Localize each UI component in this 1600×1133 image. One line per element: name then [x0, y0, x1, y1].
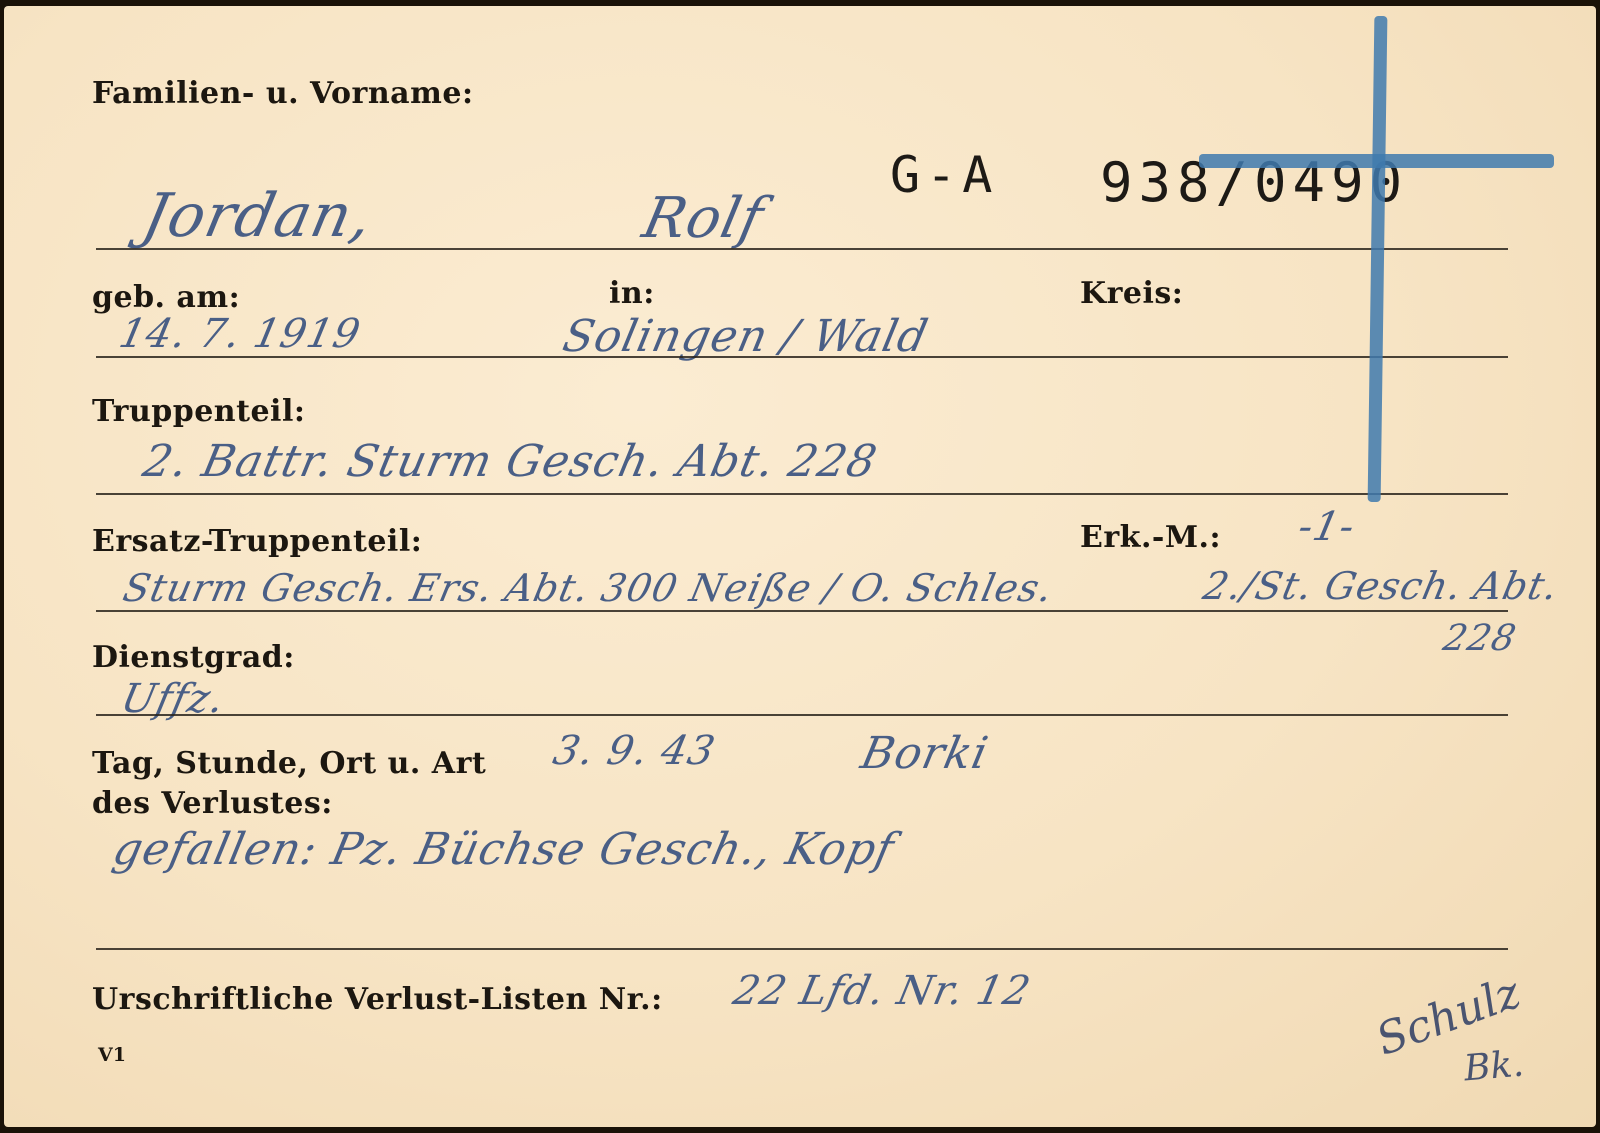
- loss-label-line1: Tag, Stunde, Ort u. Art: [92, 746, 486, 781]
- birth-date-label: geb. am:: [92, 280, 240, 315]
- name-label: Familien- u. Vorname:: [92, 76, 474, 111]
- erk-unit-value: 2./St. Gesch. Abt.: [1199, 564, 1562, 608]
- divider: [96, 493, 1508, 495]
- blue-cross-mark-horizontal: [1199, 154, 1554, 168]
- file-number-prefix: G-A: [890, 146, 998, 204]
- loss-list-label: Urschriftliche Verlust-Listen Nr.:: [92, 982, 663, 1017]
- surname-value: Jordan,: [137, 181, 380, 251]
- erk-label: Erk.-M.:: [1080, 520, 1221, 555]
- loss-label-line2: des Verlustes:: [92, 786, 333, 821]
- district-label: Kreis:: [1080, 276, 1183, 311]
- replacement-unit-label: Ersatz-Truppenteil:: [92, 524, 422, 559]
- loss-date-value: 3. 9. 43: [549, 728, 719, 774]
- rank-label: Dienstgrad:: [92, 640, 295, 675]
- loss-description-value: gefallen: Pz. Büchse Gesch., Kopf: [109, 824, 899, 875]
- loss-list-value: 22 Lfd. Nr. 12: [729, 968, 1035, 1014]
- blue-cross-mark-vertical: [1368, 16, 1388, 502]
- replacement-unit-value: Sturm Gesch. Ers. Abt. 300 Neiße / O. Sc…: [119, 566, 1057, 610]
- divider: [96, 948, 1508, 950]
- unit-label: Truppenteil:: [92, 394, 305, 429]
- birth-place-value: Solingen / Wald: [559, 311, 933, 362]
- divider: [96, 248, 1508, 250]
- divider: [96, 714, 1508, 716]
- birth-place-label: in:: [609, 276, 655, 311]
- erk-value: -1-: [1294, 504, 1359, 550]
- loss-place-value: Borki: [857, 728, 993, 779]
- given-name-value: Rolf: [637, 186, 769, 251]
- divider: [96, 356, 1508, 358]
- index-card: Familien- u. Vorname: Jordan, Rolf G-A 9…: [4, 6, 1596, 1127]
- erk-unit-number: 228: [1440, 618, 1520, 659]
- signature-line2: Bk.: [1462, 1043, 1525, 1089]
- unit-value: 2. Battr. Sturm Gesch. Abt. 228: [139, 436, 882, 487]
- divider: [96, 610, 1508, 612]
- form-code: V1: [98, 1044, 126, 1066]
- birth-date-value: 14. 7. 1919: [115, 311, 365, 357]
